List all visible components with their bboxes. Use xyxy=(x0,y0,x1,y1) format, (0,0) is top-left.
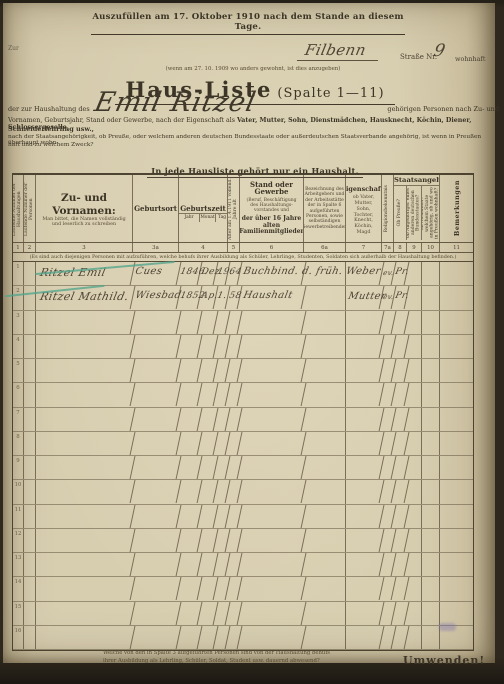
age-vertical-label: Alter am 1.4.1911 vollend. Jahre alt xyxy=(229,177,239,241)
names-header-subtext: Man bittet, die Namen vollständig und le… xyxy=(38,217,130,227)
row-number: 12 xyxy=(13,529,24,552)
trade-cell: Haushalt xyxy=(238,286,307,309)
quality-cell xyxy=(344,626,385,649)
other-state-cell xyxy=(407,408,422,431)
table-row: 11 xyxy=(13,505,473,529)
employer-cell xyxy=(304,311,346,334)
birthplace-cell: Wiesbad. xyxy=(131,286,182,309)
trade-cell xyxy=(238,456,307,479)
table-row: 4 xyxy=(13,335,473,359)
other-state-cell xyxy=(407,335,422,358)
birthplace-cell xyxy=(131,480,182,503)
colnum-6: 6 xyxy=(240,243,304,252)
trade-cell xyxy=(238,602,307,625)
photo-background: Auszufüllen am 17. Oktober 1910 nach dem… xyxy=(0,0,504,684)
col11-header-remarks: Bemerkungen xyxy=(440,175,473,242)
birthplace-cell xyxy=(131,432,182,455)
employer-cell xyxy=(304,505,346,528)
intro-line2-normal: Vornamen, Geburtsjahr, Stand oder Gewerb… xyxy=(8,117,237,124)
birthplace-cell xyxy=(131,408,182,431)
turn-over-label: Umwenden! xyxy=(403,654,485,668)
remarks-cell xyxy=(440,262,473,285)
quality-cell xyxy=(344,529,385,552)
trade-header-text: Stand oder Gewerbe xyxy=(242,181,301,196)
quality-cell xyxy=(344,311,385,334)
employer-cell xyxy=(304,359,346,382)
employer-cell xyxy=(304,456,346,479)
intro-line5: haft und zu welchem Zweck? xyxy=(8,142,93,148)
trade-cell xyxy=(238,432,307,455)
quality-cell xyxy=(344,335,385,358)
table-row: 2 Ritzel Mathild. Wiesbad. 1852 Ap. 1. 5… xyxy=(13,286,473,310)
birthplace-cell xyxy=(131,577,182,600)
col10-header-foreigner: ob Ausländer? welchem Staate angehörig, … xyxy=(422,186,439,240)
col1-header-serial-household: Laufende Nummer der Haushaltungen xyxy=(13,175,24,242)
col6a-header-employer: Bezeichnung des Arbeitgebers und der Arb… xyxy=(304,175,346,242)
quality-cell xyxy=(344,383,385,406)
trade-cell xyxy=(238,359,307,382)
trade-cell xyxy=(238,408,307,431)
row-number: 16 xyxy=(13,626,24,649)
row-number: 6 xyxy=(13,383,24,406)
name-cell xyxy=(34,383,136,406)
foreigner-cell xyxy=(422,359,440,382)
employer-cell xyxy=(304,432,346,455)
name-cell xyxy=(34,505,136,528)
quality-cell xyxy=(344,577,385,600)
colnum-6a: 6a xyxy=(304,243,346,252)
birthplace-cell xyxy=(131,335,182,358)
nationality-header-group: Staatsangehörigkeit Ob Preuße? ob Angehö… xyxy=(394,175,440,242)
trade-cell xyxy=(238,626,307,649)
name-cell xyxy=(34,577,136,600)
birthplace-cell xyxy=(131,553,182,576)
remarks-cell xyxy=(440,480,473,503)
col7a-header-religion: Religionsbekenntnis xyxy=(382,175,394,242)
foreigner-cell xyxy=(422,383,440,406)
employer-cell xyxy=(304,529,346,552)
other-state-cell xyxy=(407,529,422,552)
religion-vertical-label: Religionsbekenntnis xyxy=(385,185,390,232)
colnum-8: 8 xyxy=(394,243,407,252)
remarks-vertical-label: Bemerkungen xyxy=(453,180,461,236)
other-state-cell xyxy=(407,359,422,382)
row-number: 15 xyxy=(13,602,24,625)
name-cell xyxy=(34,456,136,479)
table-row: 1 Ritzel Emil Cues 1846. Dez. 19. 64 Buc… xyxy=(13,262,473,286)
colnum-7a: 7a xyxy=(382,243,394,252)
row-number: 5 xyxy=(13,359,24,382)
col5-header-age: Alter am 1.4.1911 vollend. Jahre alt xyxy=(228,175,240,242)
household-table: Laufende Nummer der Haushaltungen Laufen… xyxy=(12,173,474,651)
trade-cell xyxy=(238,311,307,334)
foreigner-cell xyxy=(422,505,440,528)
table-row: 5 xyxy=(13,359,473,383)
remarks-cell xyxy=(440,602,473,625)
other-state-cell xyxy=(407,286,422,309)
table-row: 9 xyxy=(13,456,473,480)
trade-cell xyxy=(238,529,307,552)
name-cell xyxy=(34,480,136,503)
name-cell xyxy=(34,602,136,625)
name-cell xyxy=(34,335,136,358)
birthplace-cell xyxy=(131,456,182,479)
quality-cell xyxy=(344,480,385,503)
colnum-10: 10 xyxy=(422,243,440,252)
names-header-text: Zu- und Vornamen: xyxy=(38,192,130,216)
table-row: 10 xyxy=(13,480,473,504)
quality-cell xyxy=(344,408,385,431)
quality-header-text: Eigenschaft: xyxy=(346,185,382,193)
trade-cell xyxy=(238,577,307,600)
col1-vertical-label: Laufende Nummer der Haushaltungen xyxy=(13,177,23,241)
other-state-vertical-label: ob Angehöriger eines anderen deutschen B… xyxy=(407,186,421,240)
row-number: 7 xyxy=(13,408,24,431)
row-number: 4 xyxy=(13,335,24,358)
remarks-cell xyxy=(440,529,473,552)
foreigner-cell xyxy=(422,602,440,625)
remarks-cell xyxy=(440,553,473,576)
other-state-cell xyxy=(407,480,422,503)
other-state-cell xyxy=(407,626,422,649)
col9-header-other-german-state: ob Angehöriger eines anderen deutschen B… xyxy=(407,186,422,240)
colnum-9: 9 xyxy=(407,243,422,252)
employer-cell xyxy=(304,553,346,576)
col2-header-serial-person: Laufende Nummer der Personen xyxy=(24,175,36,242)
table-row: 14 xyxy=(13,577,473,601)
foreigner-cell xyxy=(422,529,440,552)
colnum-3: 3 xyxy=(36,243,133,252)
nationality-subcolumns: Ob Preuße? ob Angehöriger eines anderen … xyxy=(394,186,439,242)
other-state-cell xyxy=(407,311,422,334)
colnum-5: 5 xyxy=(228,243,240,252)
trade-cell xyxy=(238,383,307,406)
foreigner-cell xyxy=(422,626,440,649)
row-number: 8 xyxy=(13,432,24,455)
quality-cell: Mutter xyxy=(344,286,385,309)
fill-in-date-instruction: Auszufüllen am 17. Oktober 1910 nach dem… xyxy=(91,12,405,35)
foreigner-cell xyxy=(422,553,440,576)
quality-cell xyxy=(344,505,385,528)
footnote-line2: ihrer Ausbildung als Lehrling, Schüler, … xyxy=(103,658,373,666)
trade-header-subtext: (Beruf, Beschäftigung des Haushaltungs- … xyxy=(242,198,301,214)
employer-header-text: Bezeichnung des Arbeitgebers und der Arb… xyxy=(304,186,346,231)
other-state-cell xyxy=(407,602,422,625)
table-row: 6 xyxy=(13,383,473,407)
col3a-header-birthplace: Geburtsort xyxy=(133,175,179,242)
name-cell xyxy=(34,432,136,455)
foreigner-cell xyxy=(422,432,440,455)
employer-cell xyxy=(304,480,346,503)
birthtime-sub-month: Monat xyxy=(200,214,216,222)
wohnhaft-label: wohnhaft xyxy=(455,55,485,63)
other-state-cell xyxy=(407,383,422,406)
row-number: 13 xyxy=(13,553,24,576)
colnum-7: 7 xyxy=(346,243,382,252)
table-row: 12 xyxy=(13,529,473,553)
foreigner-cell xyxy=(422,577,440,600)
birthtime-subheaders: Jahr Monat Tag xyxy=(179,213,227,222)
table-row: 16 xyxy=(13,626,473,650)
table-row: 7 xyxy=(13,408,473,432)
footnote-line1: Welche von den in Spalte 3 aufgeführten … xyxy=(103,650,373,658)
trade-cell xyxy=(238,505,307,528)
remarks-cell xyxy=(440,335,473,358)
colnum-11: 11 xyxy=(440,243,473,252)
remarks-cell xyxy=(440,383,473,406)
row-number: 11 xyxy=(13,505,24,528)
prussian-vertical-label: Ob Preuße? xyxy=(398,199,403,226)
other-state-cell xyxy=(407,505,422,528)
birthtime-header-text: Geburtszeit xyxy=(180,204,226,213)
trade-cell xyxy=(238,480,307,503)
form-title-columns-suffix: (Spalte 1—11) xyxy=(277,86,384,101)
table-row: 3 xyxy=(13,311,473,335)
colnum-4: 4 xyxy=(179,243,228,252)
row-number: 3 xyxy=(13,311,24,334)
stamp-smudge xyxy=(439,623,456,631)
employer-cell xyxy=(304,577,346,600)
absent-persons-footnote: Welche von den in Spalte 3 aufgeführten … xyxy=(103,650,373,666)
other-state-cell xyxy=(407,577,422,600)
col8-header-prussian: Ob Preuße? xyxy=(394,186,407,240)
col6-header-trade: Stand oder Gewerbe (Beruf, Beschäftigung… xyxy=(240,175,304,242)
foreigner-cell xyxy=(422,311,440,334)
birthtime-sub-day: Tag xyxy=(216,214,228,222)
other-state-cell xyxy=(407,553,422,576)
birthplace-cell xyxy=(131,311,182,334)
name-cell xyxy=(34,311,136,334)
colnum-1: 1 xyxy=(13,243,24,252)
foreigner-cell xyxy=(422,262,440,285)
handwritten-street-number: 9 xyxy=(432,41,447,61)
remarks-cell xyxy=(440,505,473,528)
row-number: 14 xyxy=(13,577,24,600)
foreigner-cell xyxy=(422,408,440,431)
foreigner-cell xyxy=(422,480,440,503)
col4-header-birthtime: Geburtszeit Jahr Monat Tag xyxy=(179,175,228,242)
handwritten-place-name: Filbenn xyxy=(297,41,382,61)
table-header-row: Laufende Nummer der Haushaltungen Laufen… xyxy=(13,175,473,243)
name-cell xyxy=(34,359,136,382)
quality-cell xyxy=(344,432,385,455)
employer-cell xyxy=(304,602,346,625)
foreigner-cell xyxy=(422,335,440,358)
colnum-2: 2 xyxy=(24,243,36,252)
inclusion-note-row: (Es sind auch diejenigen Personen mit au… xyxy=(13,253,473,262)
intro-line3: Schneiderlehrling usw., xyxy=(8,125,94,133)
trade-cell xyxy=(238,335,307,358)
quality-cell xyxy=(344,602,385,625)
other-state-cell xyxy=(407,456,422,479)
remarks-cell xyxy=(440,577,473,600)
handwritten-householder-name: Emil Ritzel xyxy=(92,87,259,118)
quality-cell xyxy=(344,553,385,576)
column-number-row: 1 2 3 3a 4 5 6 6a 7 7a 8 9 10 11 xyxy=(13,243,473,253)
trade-header-boldtext: der über 16 Jahre alten Familienmitglied… xyxy=(240,216,304,237)
foreigner-cell xyxy=(422,286,440,309)
employer-cell xyxy=(304,626,346,649)
foreigner-cell xyxy=(422,456,440,479)
corner-note: Zur xyxy=(8,45,19,53)
table-row: 15 xyxy=(13,602,473,626)
row-number: 10 xyxy=(13,480,24,503)
name-cell xyxy=(34,626,136,649)
employer-cell xyxy=(304,286,346,309)
birthplace-cell xyxy=(131,626,182,649)
remarks-cell xyxy=(440,408,473,431)
nationality-header-text: Staatsangehörigkeit xyxy=(394,175,439,186)
previous-residence-note: (wenn am 27. 10. 1909 wo anders gewohnt,… xyxy=(113,66,393,72)
row-number: 2 xyxy=(13,286,24,309)
trade-cell xyxy=(238,553,307,576)
name-cell xyxy=(34,529,136,552)
col2-vertical-label: Laufende Nummer der Personen xyxy=(25,177,35,241)
remarks-cell xyxy=(440,456,473,479)
row-number: 1 xyxy=(13,262,24,285)
employer-cell xyxy=(304,335,346,358)
employer-cell xyxy=(304,408,346,431)
birthplace-cell xyxy=(131,505,182,528)
birthplace-header-text: Geburtsort xyxy=(134,204,177,213)
quality-header-subtext: ob Vater, Mutter, Sohn, Tochter, Knecht,… xyxy=(346,195,381,237)
birthplace-cell xyxy=(131,602,182,625)
quality-cell xyxy=(344,359,385,382)
birthtime-sub-year: Jahr xyxy=(179,214,200,222)
remarks-cell xyxy=(440,286,473,309)
birthplace-cell xyxy=(131,529,182,552)
colnum-3a: 3a xyxy=(133,243,179,252)
census-form-sheet: Auszufüllen am 17. Oktober 1910 nach dem… xyxy=(3,3,495,663)
quality-cell xyxy=(344,456,385,479)
col3-header-names: Zu- und Vornamen: Man bittet, die Namen … xyxy=(36,175,133,242)
intro-line1-right: gehörigen Personen nach Zu- und xyxy=(333,105,499,113)
remarks-cell xyxy=(440,432,473,455)
foreigner-vertical-label: ob Ausländer? welchem Staate angehörig, … xyxy=(422,186,439,240)
table-row: 8 xyxy=(13,432,473,456)
employer-cell xyxy=(304,383,346,406)
name-cell xyxy=(34,408,136,431)
intro-line1-left: der zur Haushaltung des xyxy=(8,105,90,113)
trade-cell: Buchbind. d. früh. Weber xyxy=(238,262,307,285)
row-number: 9 xyxy=(13,456,24,479)
birthplace-cell xyxy=(131,383,182,406)
col7-header-quality: Eigenschaft: ob Vater, Mutter, Sohn, Toc… xyxy=(346,175,382,242)
table-row: 13 xyxy=(13,553,473,577)
remarks-cell xyxy=(440,359,473,382)
other-state-cell xyxy=(407,262,422,285)
name-cell xyxy=(34,553,136,576)
birthplace-cell xyxy=(131,359,182,382)
other-state-cell xyxy=(407,432,422,455)
remarks-cell xyxy=(440,311,473,334)
